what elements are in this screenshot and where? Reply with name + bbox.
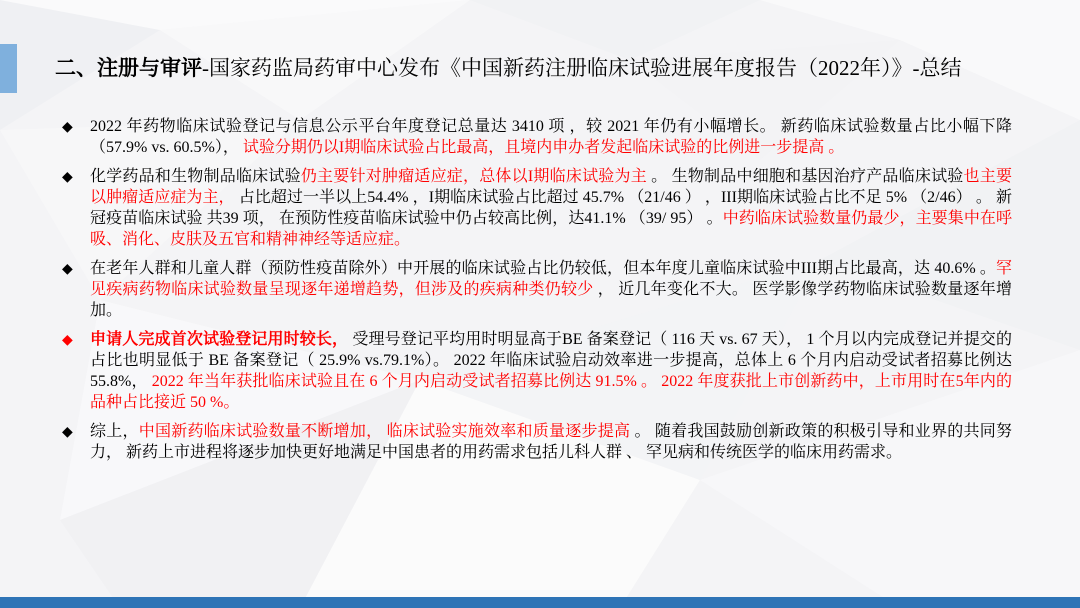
text-segment: 仍主要针对肿瘤适应症，总体以I期临床试验为主 — [301, 168, 647, 185]
title-rest: -国家药监局药审中心发布《中国新药注册临床试验进展年度报告（2022年）》-总结 — [202, 56, 961, 80]
text-segment: 化学药品和生物制品临床试验 — [90, 168, 301, 185]
text-segment: 。 生物制品中细胞和基因治疗产品临床试验 — [647, 168, 964, 185]
text-segment: 中国新药临床试验数量不断增加， 临床试验实施效率和质量逐步提高 — [139, 423, 630, 440]
bullet-diamond-icon: ◆ — [62, 330, 73, 351]
bullet-item: ◆在老年人群和儿童人群（预防性疫苗除外）中开展的临床试验占比仍较低，但本年度儿童… — [62, 258, 1012, 321]
page-title: 二、注册与审评-国家药监局药审中心发布《中国新药注册临床试验进展年度报告（202… — [55, 53, 1055, 83]
bullet-item: ◆综上，中国新药临床试验数量不断增加， 临床试验实施效率和质量逐步提高 。 随着… — [62, 421, 1012, 463]
bullet-item: ◆2022 年药物临床试验登记与信息公示平台年度登记总量达 3410 项 ，较 … — [62, 116, 1012, 158]
text-segment: 在老年人群和儿童人群（预防性疫苗除外）中开展的临床试验占比仍较低，但本年度儿童临… — [90, 260, 996, 277]
text-segment: 综上， — [90, 423, 139, 440]
bottom-accent-bar — [0, 597, 1080, 608]
bullet-diamond-icon: ◆ — [62, 117, 73, 138]
bullet-diamond-icon: ◆ — [62, 259, 73, 280]
title-prefix: 二、注册与审评 — [55, 56, 202, 80]
bullet-item: ◆申请人完成首次试验登记用时较长， 受理号登记平均用时明显高于BE 备案登记（ … — [62, 329, 1012, 413]
bullet-list: ◆2022 年药物临床试验登记与信息公示平台年度登记总量达 3410 项 ，较 … — [62, 116, 1012, 471]
bullet-text: 综上，中国新药临床试验数量不断增加， 临床试验实施效率和质量逐步提高 。 随着我… — [90, 423, 1012, 461]
bullet-text: 申请人完成首次试验登记用时较长， 受理号登记平均用时明显高于BE 备案登记（ 1… — [90, 331, 1012, 411]
bullet-diamond-icon: ◆ — [62, 167, 73, 188]
text-segment: 试验分期仍以I期临床试验占比最高，且境内申办者发起临床试验的比例进一步提高 。 — [243, 139, 844, 156]
bullet-text: 化学药品和生物制品临床试验仍主要针对肿瘤适应症，总体以I期临床试验为主 。 生物… — [90, 168, 1012, 248]
slide: 二、注册与审评-国家药监局药审中心发布《中国新药注册临床试验进展年度报告（202… — [0, 0, 1080, 608]
bullet-diamond-icon: ◆ — [62, 422, 73, 443]
text-segment: 申请人完成首次试验登记用时较长， — [90, 331, 348, 348]
bullet-text: 在老年人群和儿童人群（预防性疫苗除外）中开展的临床试验占比仍较低，但本年度儿童临… — [90, 260, 1012, 319]
title-accent-bar — [0, 44, 17, 93]
bullet-item: ◆化学药品和生物制品临床试验仍主要针对肿瘤适应症，总体以I期临床试验为主 。 生… — [62, 166, 1012, 250]
text-segment: 2022 年当年获批临床试验且在 6 个月内启动受试者招募比例达 91.5% 。… — [90, 373, 1012, 411]
bullet-text: 2022 年药物临床试验登记与信息公示平台年度登记总量达 3410 项 ，较 2… — [90, 118, 1012, 156]
